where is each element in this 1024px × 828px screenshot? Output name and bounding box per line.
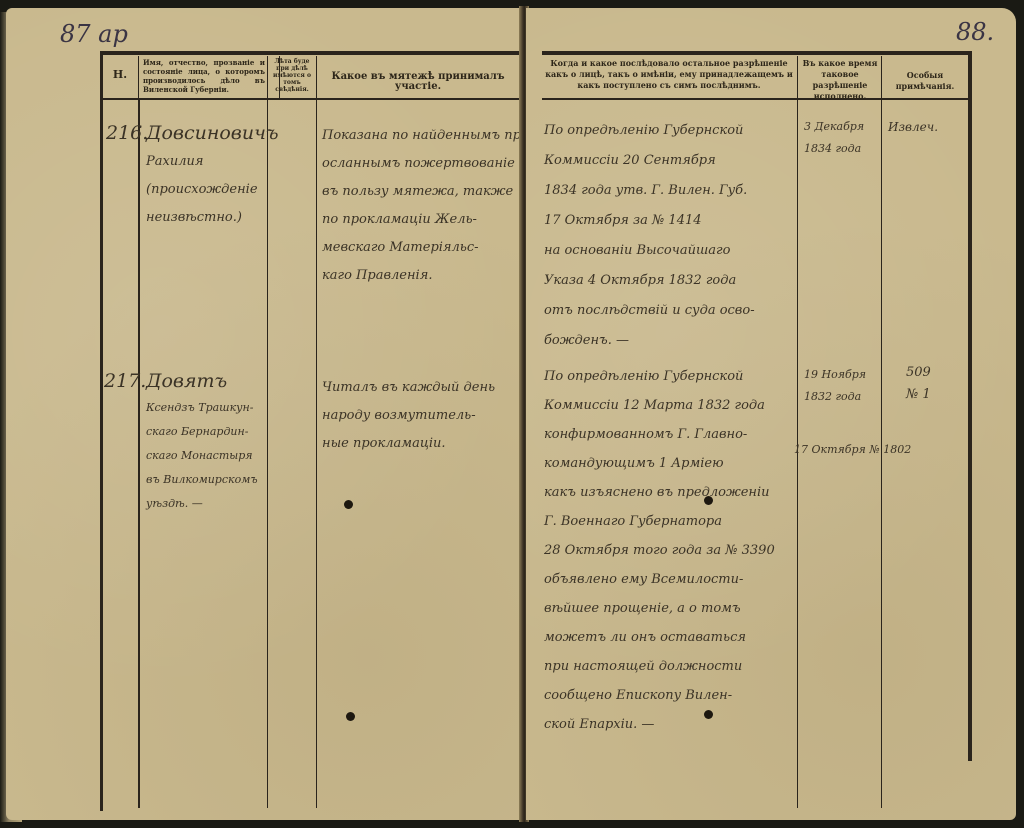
- header-bottom-rule: [100, 98, 522, 100]
- executed-line: 3 Декабря: [804, 116, 864, 138]
- name-line: уѣздѣ. —: [146, 492, 258, 516]
- resolution-line: По опредѣленію Губернской: [544, 116, 755, 146]
- name-line: Ксендзъ Трашкун-: [146, 396, 258, 420]
- participation-line: народу возмутитель-: [322, 402, 495, 430]
- resolution-line: командующимъ 1 Арміею: [544, 449, 775, 478]
- participation-line: ные прокламаціи.: [322, 430, 495, 458]
- resolution-line: По опредѣленію Губернской: [544, 362, 775, 391]
- header-bottom-rule: [542, 98, 970, 100]
- header-notes: Особыя примѣчанія.: [884, 70, 966, 92]
- header-divider-1: [138, 56, 139, 100]
- column-rule-resolution: [797, 56, 798, 808]
- header-participation: Какое въ мятежѣ принималъ участіе.: [318, 72, 518, 92]
- left-page: 87 ap Н. Имя, отчество, прозваніе и сост…: [6, 8, 523, 820]
- participation-line: въ пользу мятежа, также: [322, 178, 534, 206]
- header-top-rule: [542, 51, 970, 55]
- resolution-line: конфирмованномъ Г. Главно-: [544, 420, 775, 449]
- resolution-line: вѣйшее прощеніе, а о томъ: [544, 594, 775, 623]
- entry-217-resolution: По опредѣленію Губернской Коммиссіи 12 М…: [544, 362, 775, 739]
- column-rule-presence: [316, 56, 317, 808]
- participation-line: каго Правленія.: [322, 262, 534, 290]
- participation-line: Читалъ въ каждый день: [322, 374, 495, 402]
- resolution-line: можетъ ли онъ оставаться: [544, 623, 775, 652]
- entry-217-notes: 509 № 1: [906, 362, 931, 406]
- name-line: неизвѣстно.): [146, 204, 279, 232]
- column-rule-executed: [881, 56, 882, 808]
- column-rule-number: [138, 100, 140, 808]
- column-rule-outer: [100, 51, 103, 811]
- left-page-number: 87 ap: [60, 20, 128, 48]
- resolution-line: 17 Октября за № 1414: [544, 206, 755, 236]
- header-name: Имя, отчество, прозваніе и состояніе лиц…: [143, 58, 265, 94]
- name-line: Довятъ: [146, 366, 258, 396]
- header-resolution: Когда и какое послѣдовало остальное разр…: [544, 58, 794, 91]
- binding-hole: [704, 496, 713, 505]
- participation-line: по прокламаціи Жель-: [322, 206, 534, 234]
- right-page: 88. Когда и какое послѣдовало остальное …: [526, 8, 1016, 820]
- resolution-line: при настоящей должности: [544, 652, 775, 681]
- binding-hole: [346, 712, 355, 721]
- binding-hole: [704, 710, 713, 719]
- header-presence: Лѣта буде при дѣлѣ имѣются о томъ свѣдѣн…: [270, 58, 314, 93]
- column-rule-outer: [968, 51, 972, 761]
- header-number: Н.: [106, 70, 134, 80]
- binding-hole: [344, 500, 353, 509]
- entry-216-number: 216.: [106, 118, 148, 148]
- resolution-line: божденъ. —: [544, 326, 755, 356]
- resolution-line: Коммиссіи 12 Марта 1832 года: [544, 391, 775, 420]
- entry-216-participation: Показана по найденнымъ при- осланнымъ по…: [322, 122, 534, 290]
- entry-217-number: 217.: [104, 366, 146, 396]
- notes-line: Извлеч.: [888, 116, 938, 138]
- notes-line: 509: [906, 362, 931, 384]
- name-line: Довсиновичъ: [146, 118, 279, 148]
- resolution-line: на основаніи Высочайшаго: [544, 236, 755, 266]
- entry-217-participation: Читалъ въ каждый день народу возмутитель…: [322, 374, 495, 458]
- name-line: въ Вилкомирскомъ: [146, 468, 258, 492]
- participation-line: Показана по найденнымъ при-: [322, 122, 534, 150]
- participation-line: осланнымъ пожертвованіе: [322, 150, 534, 178]
- entry-216-executed: 3 Декабря 1834 года: [804, 116, 864, 160]
- executed-line: 1832 года: [804, 386, 866, 408]
- entry-216-name: Довсиновичъ Рахилия (происхожденіе неизв…: [146, 118, 279, 232]
- resolution-line: Коммиссіи 20 Сентября: [544, 146, 755, 176]
- name-line: скаго Бернардин-: [146, 420, 258, 444]
- notes-line: № 1: [906, 384, 931, 406]
- resolution-line: отъ послѣдствій и суда осво-: [544, 296, 755, 326]
- entry-217-name: Довятъ Ксендзъ Трашкун- скаго Бернардин-…: [146, 366, 258, 516]
- name-line: Рахилия: [146, 148, 279, 176]
- resolution-line: Указа 4 Октября 1832 года: [544, 266, 755, 296]
- name-line: (происхожденіе: [146, 176, 279, 204]
- entry-216-notes: Извлеч.: [888, 116, 938, 138]
- entry-217-executed-second: 17 Октября № 1802: [794, 436, 911, 464]
- resolution-line: 28 Октября того года за № 3390: [544, 536, 775, 565]
- executed-line: 19 Ноября: [804, 364, 866, 386]
- right-page-number: 88.: [956, 18, 994, 46]
- entry-216-resolution: По опредѣленію Губернской Коммиссіи 20 С…: [544, 116, 755, 356]
- resolution-line: ской Епархіи. —: [544, 710, 775, 739]
- name-line: скаго Монастыря: [146, 444, 258, 468]
- header-top-rule: [100, 51, 522, 55]
- executed-line: 1834 года: [804, 138, 864, 160]
- resolution-line: объявлено ему Всемилости-: [544, 565, 775, 594]
- resolution-line: 1834 года утв. Г. Вилен. Губ.: [544, 176, 755, 206]
- participation-line: мевскаго Матеріяльс-: [322, 234, 534, 262]
- resolution-line: сообщено Епископу Вилен-: [544, 681, 775, 710]
- resolution-line: какъ изъяснено въ предложеніи: [544, 478, 775, 507]
- header-executed: Въ какое время таковое разрѣшеніе исполн…: [800, 58, 880, 102]
- resolution-line: Г. Военнаго Губернатора: [544, 507, 775, 536]
- entry-217-executed: 19 Ноября 1832 года: [804, 364, 866, 408]
